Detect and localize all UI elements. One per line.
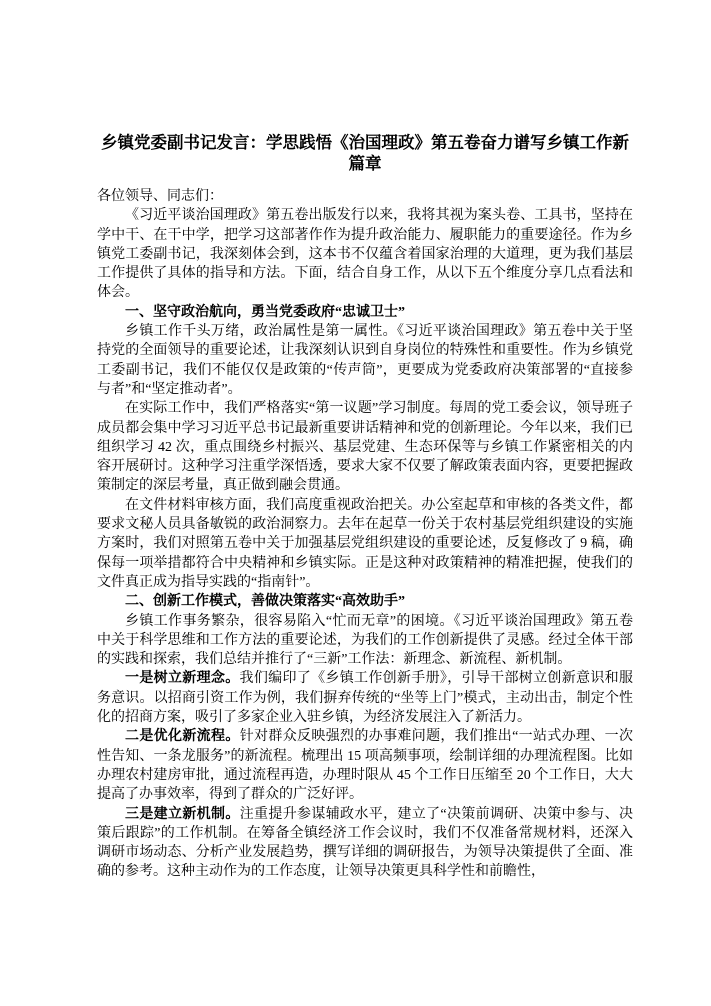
sub-item-lead: 二是优化新流程。 [125,729,240,744]
paragraph: 在文件材料审核方面，我们高度重视政治把关。办公室起草和审核的各类文件，都要求文秘… [97,496,633,592]
sub-item-paragraph: 二是优化新流程。针对群众反映强烈的办事难问题，我们推出“一站式办理、一次性告知、… [97,727,633,804]
paragraph: 在实际工作中，我们严格落实“第一议题”学习制度。每周的党工委会议，领导班子成员都… [97,399,633,495]
document-title: 乡镇党委副书记发言：学思践悟《治国理政》第五卷奋力谱写乡镇工作新篇章 [97,132,633,174]
sub-item-paragraph: 一是树立新理念。我们编印了《乡镇工作创新手册》，引导干部树立创新意识和服务意识。… [97,669,633,727]
document-page: 乡镇党委副书记发言：学思践悟《治国理政》第五卷奋力谱写乡镇工作新篇章 各位领导、… [0,0,711,1006]
section-heading: 一、坚守政治航向，勇当党委政府“忠诚卫士” [97,303,633,322]
sub-item-lead: 一是树立新理念。 [125,671,240,686]
section-heading: 二、创新工作模式，善做决策落实“高效助手” [97,592,633,611]
paragraph: 《习近平谈治国理政》第五卷出版发行以来，我将其视为案头卷、工具书，坚持在学中干、… [97,206,633,302]
sub-item-lead: 三是建立新机制。 [125,807,240,822]
document-body: 各位领导、同志们： 《习近平谈治国理政》第五卷出版发行以来，我将其视为案头卷、工… [97,187,633,882]
paragraph: 乡镇工作千头万绪，政治属性是第一属性。《习近平谈治国理政》第五卷中关于坚持党的全… [97,322,633,399]
document-content: 乡镇党委副书记发言：学思践悟《治国理政》第五卷奋力谱写乡镇工作新篇章 各位领导、… [97,132,633,882]
salutation: 各位领导、同志们： [97,187,633,206]
paragraph: 乡镇工作事务繁杂，很容易陷入“忙而无章”的困境。《习近平谈治国理政》第五卷中关于… [97,612,633,670]
sub-item-paragraph: 三是建立新机制。注重提升参谋辅政水平，建立了“决策前调研、决策中参与、决策后跟踪… [97,805,633,882]
